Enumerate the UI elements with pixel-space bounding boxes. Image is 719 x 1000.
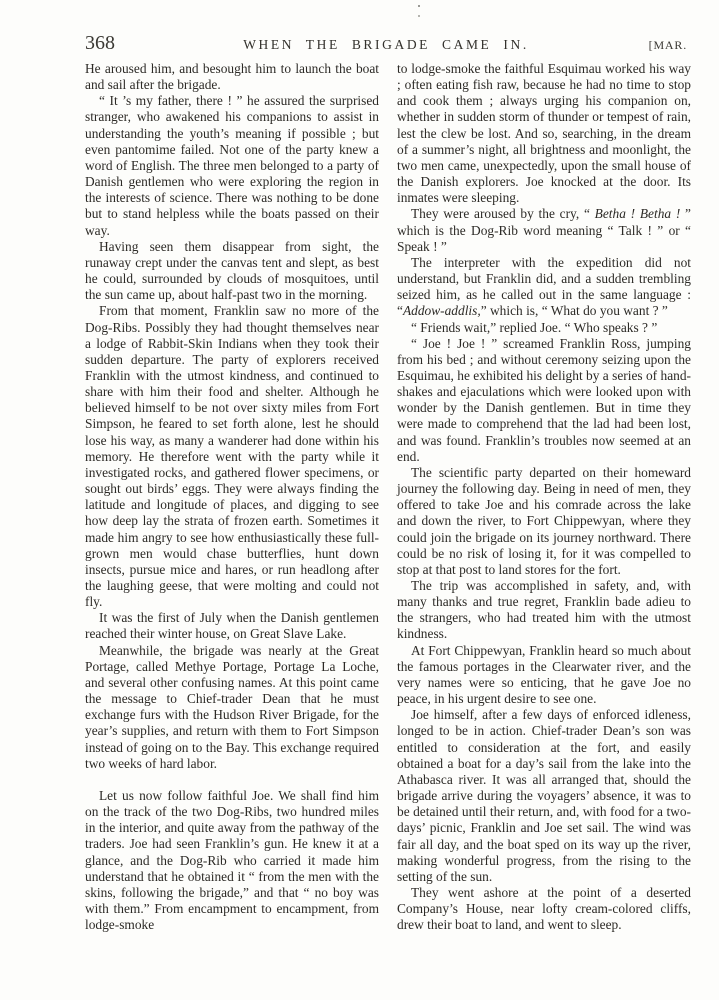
paragraph: The scientific party departed on their h… xyxy=(397,465,691,578)
paragraph: Let us now follow faithful Joe. We shall… xyxy=(85,788,379,933)
paragraph: “ Joe ! Joe ! ” screamed Franklin Ross, … xyxy=(397,336,691,465)
paragraph: Meanwhile, the brigade was nearly at the… xyxy=(85,643,379,772)
page-header: 368 WHEN THE BRIGADE CAME IN. [MAR. xyxy=(85,32,687,55)
paragraph: At Fort Chippewyan, Franklin heard so mu… xyxy=(397,643,691,708)
paragraph: They were aroused by the cry, “ Betha ! … xyxy=(397,206,691,254)
text-body: He aroused him, and besought him to laun… xyxy=(85,61,691,933)
paragraph: to lodge-smoke the faithful Esquimau wor… xyxy=(397,61,691,206)
paragraph: Joe himself, after a few days of enforce… xyxy=(397,707,691,885)
paragraph: They went ashore at the point of a deser… xyxy=(397,885,691,933)
paragraph: From that moment, Franklin saw no more o… xyxy=(85,303,379,610)
paragraph: The trip was accomplished in safety, and… xyxy=(397,578,691,643)
text-column-right: to lodge-smoke the faithful Esquimau wor… xyxy=(397,61,691,933)
paragraph: “ It ’s my father, there ! ” he assured … xyxy=(85,93,379,238)
paragraph: “ Friends wait,” replied Joe. “ Who spea… xyxy=(397,320,691,336)
folio-month: [MAR. xyxy=(529,38,687,53)
paragraph: He aroused him, and besought him to laun… xyxy=(85,61,379,93)
scan-artifact xyxy=(418,5,420,17)
text-column-left: He aroused him, and besought him to laun… xyxy=(85,61,379,933)
book-page: 368 WHEN THE BRIGADE CAME IN. [MAR. He a… xyxy=(0,0,719,1000)
paragraph: It was the first of July when the Danish… xyxy=(85,610,379,642)
running-title: WHEN THE BRIGADE CAME IN. xyxy=(243,37,529,53)
page-number: 368 xyxy=(85,32,243,55)
paragraph: The interpreter with the expedition did … xyxy=(397,255,691,320)
paragraph: Having seen them disappear from sight, t… xyxy=(85,239,379,304)
